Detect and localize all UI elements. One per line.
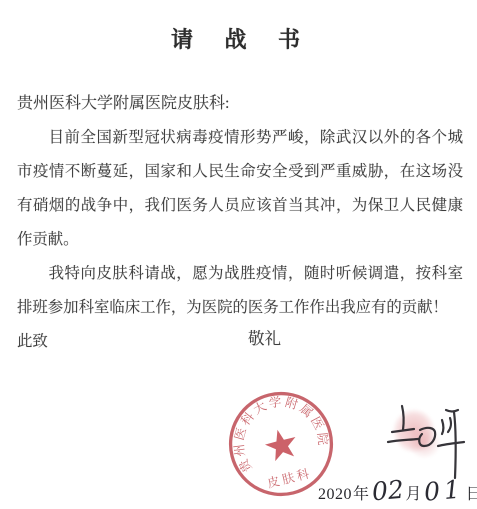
date-year: 2020 — [318, 486, 352, 504]
salutation: 贵州医科大学附属医院皮肤科: — [17, 87, 463, 121]
date-line: 2020 年 02 月 01 日 — [318, 478, 474, 504]
letter-body: 贵州医科大学附属医院皮肤科: 目前全国新型冠状病毒疫情形势严峻，除武汉以外的各个… — [17, 87, 463, 359]
letter-page: 请 战 书 贵州医科大学附属医院皮肤科: 目前全国新型冠状病毒疫情形势严峻，除武… — [0, 0, 477, 509]
date-month-handwritten: 02 — [370, 477, 404, 505]
seal-star-icon — [262, 426, 300, 463]
svg-text:贵州医科大学附属医院: 贵州医科大学附属医院 — [226, 389, 334, 476]
letter-title: 请 战 书 — [0, 23, 477, 54]
closing-cizhi: 此致 — [17, 325, 463, 359]
closing-jingli: 敬礼 — [248, 322, 281, 356]
paragraph-1: 目前全国新型冠状病毒疫情形势严峻，除武汉以外的各个城市疫情不断蔓延，国家和人民生… — [17, 121, 463, 257]
seal-arc-text: 贵州医科大学附属医院 — [226, 389, 334, 476]
date-day-handwritten: 01 — [423, 476, 465, 504]
handwritten-signature — [378, 398, 473, 483]
date-year-unit: 年 — [353, 481, 370, 504]
date-month-unit: 月 — [405, 481, 422, 504]
paragraph-2: 我特向皮肤科请战，愿为战胜疫情，随时听候调遣，按科室排班参加科室临床工作，为医院… — [17, 257, 463, 325]
date-day-unit: 日 — [466, 481, 477, 504]
